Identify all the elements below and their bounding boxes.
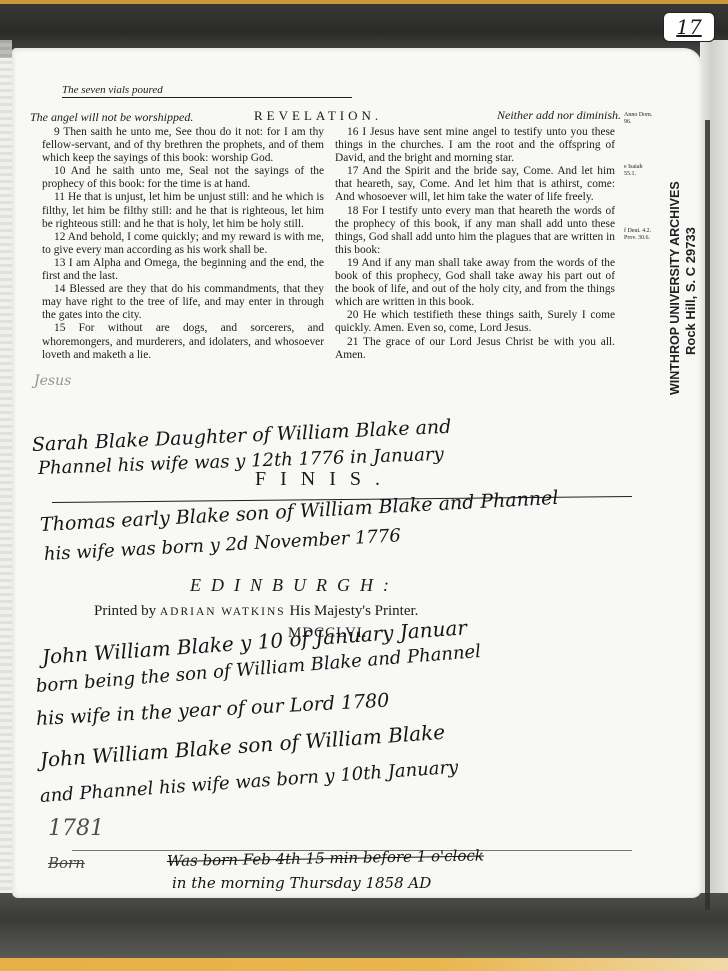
imprint-printer-line: Printed by ADRIAN WATKINS His Majesty's … <box>94 603 418 620</box>
verse-14: 14 Blessed are they that do his commandm… <box>42 283 324 322</box>
running-head-right: Neither add nor diminish. <box>497 108 621 123</box>
running-head-left: The angel will not be worshipped. <box>30 110 193 125</box>
verse-18: 18 For I testify unto every man that hea… <box>335 205 615 257</box>
torn-running-head: The seven vials poured <box>62 84 352 98</box>
imprint-printed-by: Printed by <box>94 603 156 619</box>
finis-heading: FINIS. <box>255 468 394 491</box>
handwritten-entry-5-line-2: in the morning Thursday 1858 AD <box>172 874 431 892</box>
imprint-printer-title: His Majesty's Printer. <box>289 603 418 619</box>
bible-page: The seven vials poured The angel will no… <box>12 48 702 898</box>
archive-stamp-institution: WINTHROP UNIVERSITY ARCHIVES <box>668 181 683 395</box>
right-column: 16 I Jesus have sent mine angel to testi… <box>335 126 615 362</box>
verse-12: 12 And behold, I come quickly; and my re… <box>42 231 324 257</box>
handwritten-entry-2-line-1: Thomas early Blake son of William Blake … <box>39 487 559 536</box>
margin-note-isaiah: e Isaiah 55.1. <box>624 164 652 178</box>
archive-stamp-address: Rock Hill, S. C 29733 <box>683 181 698 395</box>
handwritten-entry-5-prefix: Born <box>48 854 85 872</box>
verse-9: 9 Then saith he unto me, See thou do it … <box>42 126 324 165</box>
verse-19: 19 And if any man shall take away from t… <box>335 257 615 309</box>
imprint-city: EDINBURGH: <box>190 575 399 596</box>
verse-20: 20 He which testifieth these things sait… <box>335 309 615 335</box>
scanner-bottom-border <box>0 893 728 958</box>
scanner-lid-edge <box>0 958 728 971</box>
verse-13: 13 I am Alpha and Omega, the beginning a… <box>42 257 324 283</box>
verse-11: 11 He that is unjust, let him be unjust … <box>42 191 324 230</box>
margin-note-anno-dom: Anno Dom. 96. <box>624 112 654 126</box>
handwritten-entry-4-line-3: 1781 <box>48 816 104 841</box>
verse-16: 16 I Jesus have sent mine angel to testi… <box>335 126 615 165</box>
verse-21: 21 The grace of our Lord Jesus Christ be… <box>335 336 615 362</box>
page-number-tab: 17 <box>663 12 715 42</box>
left-column: 9 Then saith he unto me, See thou do it … <box>42 126 324 362</box>
verse-15: 15 For without are dogs, and sorcerers, … <box>42 322 324 361</box>
imprint-printer-name: ADRIAN WATKINS <box>160 606 286 618</box>
book-spine-edge <box>705 120 710 910</box>
handwritten-margin-scribble: Jesus <box>34 373 71 389</box>
scanner-left-edge <box>0 40 12 910</box>
handwritten-entry-3-line-3: his wife in the year of our Lord 1780 <box>35 690 389 730</box>
verse-17: 17 And the Spirit and the bride say, Com… <box>335 165 615 204</box>
running-head-title: REVELATION. <box>254 108 382 124</box>
archive-stamp: WINTHROP UNIVERSITY ARCHIVES Rock Hill, … <box>668 181 698 395</box>
verse-10: 10 And he saith unto me, Seal not the sa… <box>42 165 324 191</box>
margin-note-deut-prov: f Deut. 4.2. Prov. 30.6. <box>624 228 652 242</box>
